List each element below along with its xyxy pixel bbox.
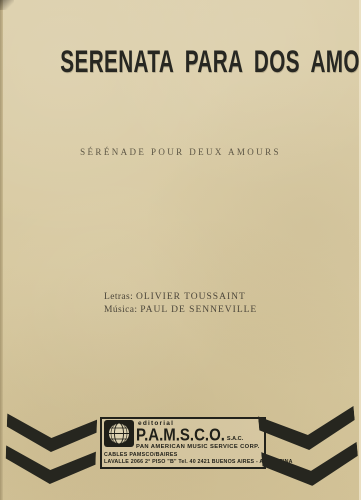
globe-icon	[104, 420, 134, 447]
publisher-name-row: P.A.M.S.C.O.S.A.C.	[136, 428, 262, 444]
publisher-full-name: PAN AMERICAN MUSIC SERVICE CORP.	[136, 445, 262, 451]
publisher-cable-line: CABLES PAMSCO/BAIRES	[104, 452, 262, 458]
publisher-address-line: LAVALLE 2066 2° PISO "B" Tel. 40 2421 BU…	[104, 459, 262, 465]
publisher-name: P.A.M.S.C.O.	[136, 426, 225, 443]
page-subtitle: SÉRÉNADE POUR DEUX AMOURS	[0, 147, 361, 157]
left-double-chevron-icon	[5, 413, 97, 486]
publisher-suffix: S.A.C.	[227, 437, 243, 443]
right-double-chevron-icon	[258, 406, 360, 490]
page-title-text: SERENATA PARA DOS AMORES	[60, 44, 361, 80]
music-name: PAUL DE SENNEVILLE	[140, 305, 257, 315]
lyrics-label: Letras:	[104, 292, 133, 302]
page-title: SERENATA PARA DOS AMORES	[0, 44, 361, 76]
music-credit: Música: PAUL DE SENNEVILLE	[104, 304, 257, 317]
lyrics-name: OLIVIER TOUSSAINT	[136, 292, 246, 302]
credits-block: Letras: OLIVIER TOUSSAINT Música: PAUL D…	[104, 291, 257, 317]
publisher-names: editorial P.A.M.S.C.O.S.A.C. PAN AMERICA…	[136, 420, 262, 450]
lyrics-credit: Letras: OLIVIER TOUSSAINT	[104, 291, 257, 304]
music-label: Música:	[104, 305, 137, 315]
corner-smudge	[0, 0, 14, 10]
publisher-imprint-box: editorial P.A.M.S.C.O.S.A.C. PAN AMERICA…	[100, 417, 266, 469]
publisher-top-row: editorial P.A.M.S.C.O.S.A.C. PAN AMERICA…	[104, 420, 262, 450]
